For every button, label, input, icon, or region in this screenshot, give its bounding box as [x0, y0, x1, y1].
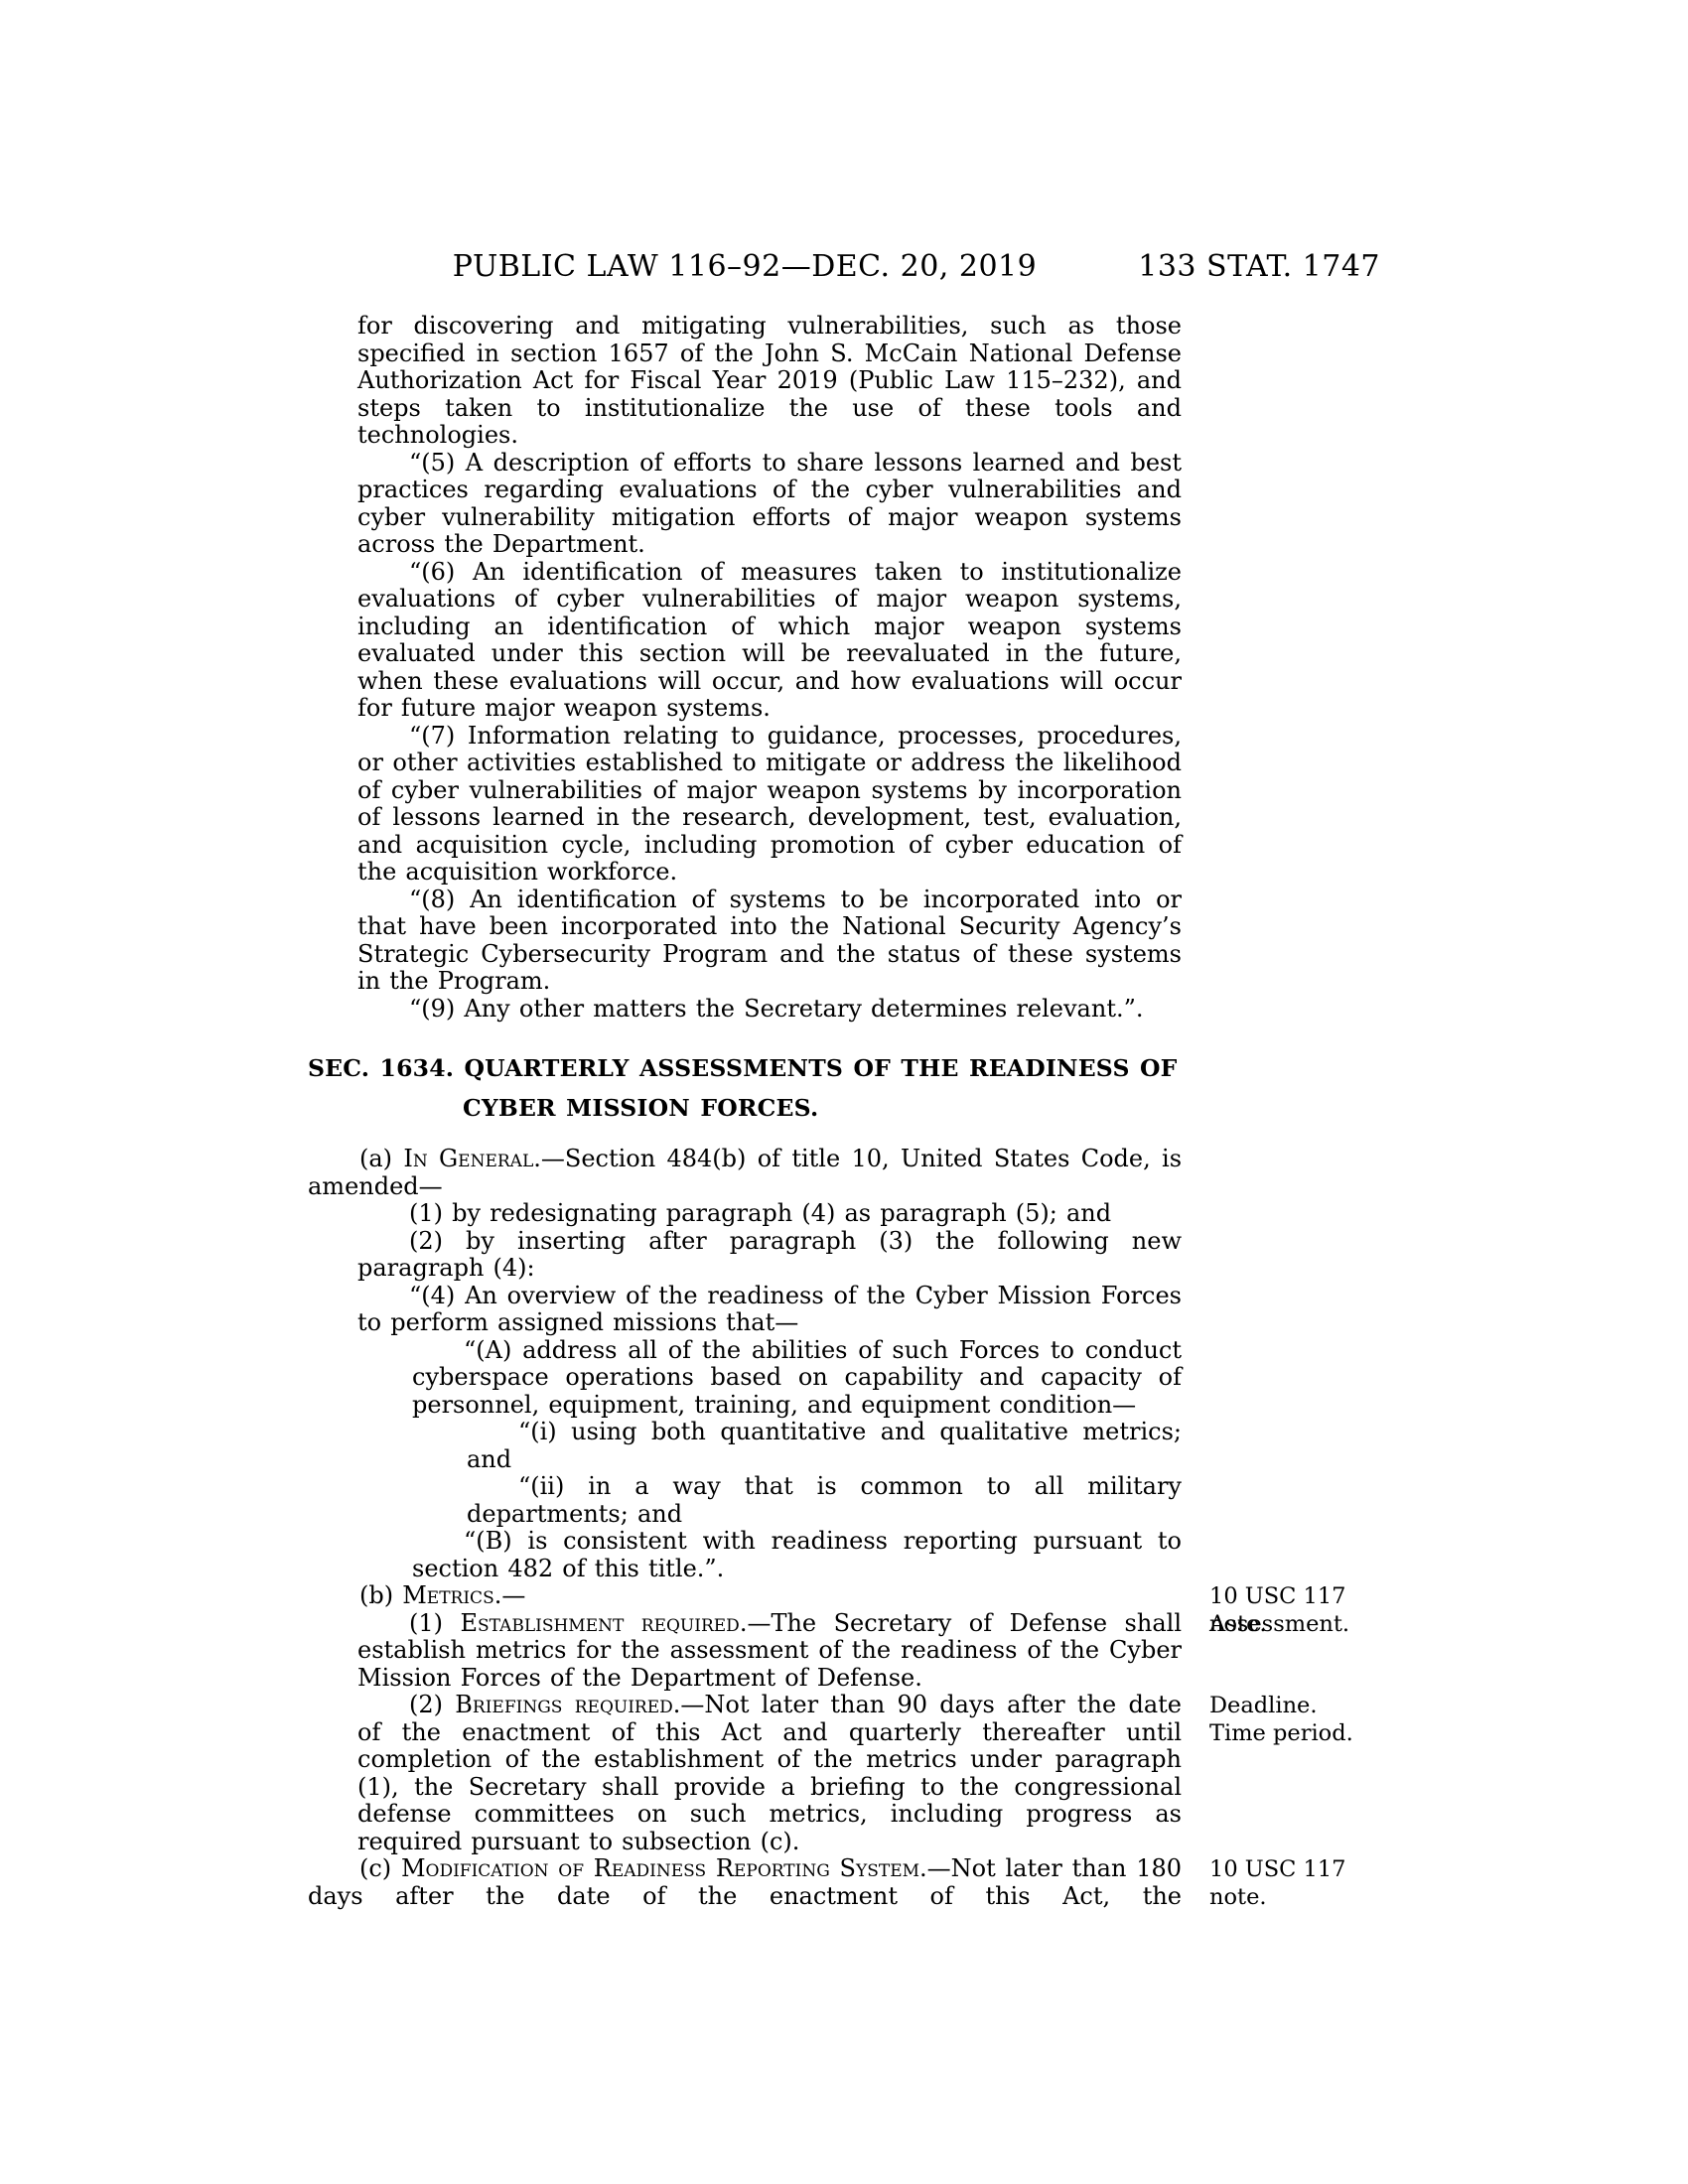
statute-paragraph: “(B) is consistent with readiness report…: [308, 1528, 1182, 1582]
text-segment: “(i) using both quantitative and qualita…: [467, 1418, 1182, 1473]
statute-paragraph: “(5) A description of efforts to share l…: [308, 450, 1182, 559]
statute-paragraph: (c) Modification of Readiness Reporting …: [308, 1855, 1182, 1910]
text-segment: (b): [359, 1581, 402, 1609]
statute-paragraph: (1) Establishment required.—The Secretar…: [308, 1610, 1182, 1693]
smallcaps-label: In General: [403, 1145, 533, 1172]
statutes-at-large-citation: 133 STAT. 1747: [1138, 250, 1380, 284]
smallcaps-label: Briefings required: [455, 1691, 672, 1718]
statute-paragraph: (a) In General.—Section 484(b) of title …: [308, 1146, 1182, 1200]
smallcaps-label: Metrics: [402, 1581, 494, 1609]
statute-paragraph: “(ii) in a way that is common to all mil…: [308, 1473, 1182, 1528]
text-segment: (2) by inserting after paragraph (3) the…: [357, 1227, 1182, 1283]
statute-paragraph: “(6) An identification of measures taken…: [308, 559, 1182, 723]
statute-page: PUBLIC LAW 116–92—DEC. 20, 2019 133 STAT…: [0, 0, 1688, 2184]
statute-paragraph: (b) Metrics.—10 USC 117 note.: [308, 1582, 1182, 1610]
text-segment: “(4) An overview of the readiness of the…: [357, 1282, 1182, 1337]
text-segment: (2): [409, 1691, 455, 1718]
text-segment: “(5) A description of efforts to share l…: [357, 449, 1182, 559]
statute-paragraph: “(7) Information relating to guidance, p…: [308, 723, 1182, 887]
text-segment: “(7) Information relating to guidance, p…: [357, 722, 1182, 887]
running-head: PUBLIC LAW 116–92—DEC. 20, 2019 133 STAT…: [308, 250, 1380, 288]
text-segment: (1) by redesignating paragraph (4) as pa…: [409, 1199, 1111, 1227]
statute-paragraph: (2) by inserting after paragraph (3) the…: [308, 1228, 1182, 1283]
text-segment: “(A) address all of the abilities of suc…: [412, 1336, 1182, 1419]
statute-paragraph: “(8) An identification of systems to be …: [308, 887, 1182, 996]
statute-body: for discovering and mitigating vulnerabi…: [308, 313, 1182, 1910]
text-segment: .—: [494, 1581, 526, 1609]
smallcaps-label: Establishment required: [460, 1609, 739, 1637]
statute-paragraph: “(i) using both quantitative and qualita…: [308, 1419, 1182, 1473]
smallcaps-label: Modification of Readiness Reporting Syst…: [401, 1854, 919, 1882]
statute-paragraph: “(4) An overview of the readiness of the…: [308, 1283, 1182, 1337]
text-segment: “(9) Any other matters the Secretary det…: [409, 995, 1144, 1023]
text-segment: (1): [409, 1609, 460, 1637]
statute-paragraph: (1) by redesignating paragraph (4) as pa…: [308, 1200, 1182, 1228]
public-law-header: PUBLIC LAW 116–92—DEC. 20, 2019: [308, 250, 1182, 284]
margin-note: Assessment.: [1209, 1611, 1408, 1639]
statute-paragraph: for discovering and mitigating vulnerabi…: [308, 313, 1182, 450]
margin-note: Deadline. Time period.: [1209, 1693, 1408, 1747]
margin-note: 10 USC 117 note.: [1209, 1856, 1408, 1911]
statute-paragraph: “(9) Any other matters the Secretary det…: [308, 996, 1182, 1024]
statute-paragraph: “(A) address all of the abilities of suc…: [308, 1337, 1182, 1420]
text-segment: “(ii) in a way that is common to all mil…: [467, 1472, 1182, 1528]
section-heading: SEC. 1634. QUARTERLY ASSESSMENTS OF THE …: [308, 1048, 1182, 1128]
text-segment: “(8) An identification of systems to be …: [357, 886, 1182, 996]
text-segment: (a): [359, 1145, 403, 1172]
text-segment: “(6) An identification of measures taken…: [357, 558, 1182, 723]
text-segment: “(B) is consistent with readiness report…: [412, 1527, 1182, 1582]
text-segment: for discovering and mitigating vulnerabi…: [357, 312, 1182, 449]
statute-paragraph: (2) Briefings required.—Not later than 9…: [308, 1692, 1182, 1855]
text-segment: (c): [359, 1854, 401, 1882]
